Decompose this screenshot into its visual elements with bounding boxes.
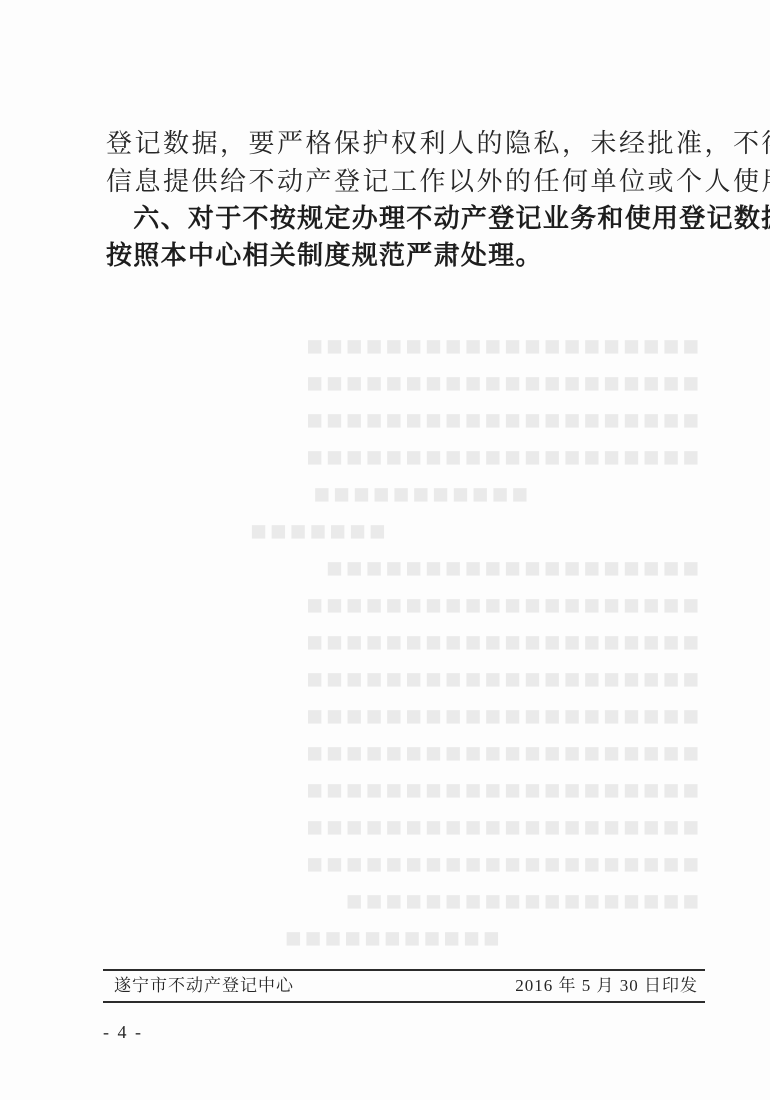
footer-bottom-rule bbox=[103, 1001, 705, 1003]
footer-top-rule bbox=[103, 969, 705, 971]
issue-date-month-unit: 月 bbox=[597, 976, 615, 996]
document-page: ▪▪▪▪▪▪▪▪▪▪▪▪▪▪▪▪▪▪▪▪ ▪▪▪▪▪▪▪▪▪▪▪▪▪▪▪▪▪▪▪… bbox=[0, 0, 770, 1100]
section-six-line-2: 按照本中心相关制度规范严肃处理。 bbox=[106, 240, 543, 272]
issue-date-day: 30 bbox=[620, 976, 639, 995]
reverse-side-bleed-through: ▪▪▪▪▪▪▪▪▪▪▪▪▪▪▪▪▪▪▪▪ ▪▪▪▪▪▪▪▪▪▪▪▪▪▪▪▪▪▪▪… bbox=[100, 290, 700, 950]
issue-date-year: 2016 bbox=[515, 976, 553, 995]
issue-date-day-unit: 日印发 bbox=[644, 976, 698, 996]
body-line-2: 信息提供给不动产登记工作以外的任何单位或个人使用。 bbox=[106, 166, 770, 198]
body-line-1: 登记数据，要严格保护权利人的隐私，未经批准，不得将数据 bbox=[106, 128, 770, 160]
issue-date-year-unit: 年 bbox=[559, 976, 577, 996]
issuer-name: 遂宁市不动产登记中心 bbox=[114, 973, 294, 999]
section-six-heading-line: 六、对于不按规定办理不动产登记业务和使用登记数据的， bbox=[106, 203, 770, 235]
page-number: - 4 - bbox=[103, 1020, 143, 1044]
issue-date-month: 5 bbox=[582, 976, 592, 995]
issue-date: 2016 年 5 月 30 日印发 bbox=[515, 973, 698, 999]
